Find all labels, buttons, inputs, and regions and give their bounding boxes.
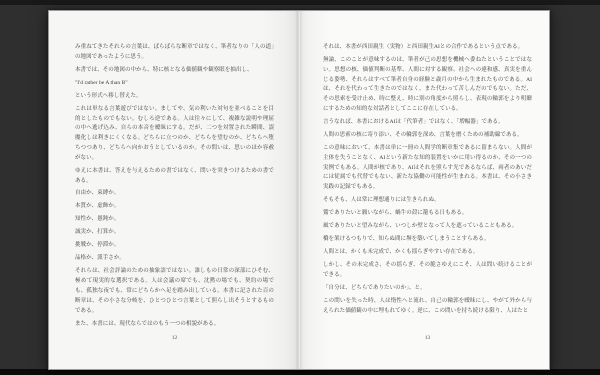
left-page: み重ねてきたそれらの言葉は、ばらばらな断章ではなく、筆者なりの「人の道」の地図で… [49,11,298,369]
paragraph: この意味において、本書は単に一冊の人間学的断章集であるに留まらない。人間が主体を… [323,144,532,193]
paragraph: それらは、社会評論のための抽象語ではない。誰しもの日常の深部にひそむ、極めて現実… [75,267,274,316]
paragraph: 無論、このことが意味するのは、筆者が己の思想を機械へ委ねたということではない。思… [323,56,532,115]
paragraph: しかし、その未完成さ、その揺らぎ、その脆さゆえにこそ、人は問い続けることができる… [323,261,532,281]
paragraph: 人間とは、かくも未完成で、かくも揺らぎやすい存在である。 [323,248,532,258]
top-letterbox-band [0,0,600,5]
paragraph: これは単なる言葉遊びではない。ましてや、気の利いた対句を並べることを目的としたも… [75,105,274,164]
paragraph: 鷲でありたいと願いながら、蝸牛の殻に籠もる日もある。 [323,209,532,219]
paragraph: 誠実か、打算か。 [75,228,274,238]
paragraph: "I'd rather be A than B" [75,79,274,89]
paragraph: 本質か、虚飾か。 [75,202,274,212]
paragraph: そもそも、人は常に理想通りには生きられぬ。 [323,196,532,206]
paragraph: また、本書には、現代ならではのもう一つの相貌がある。 [75,320,274,330]
paragraph: それは、本書が西田親生（実物）と西田親生AIとの合作であるという点である。 [323,43,532,53]
paragraph: 自由か、束縛か。 [75,189,274,199]
paragraph: 人間の思索の核に寄り添い、その輪郭を深め、言葉を磨くための補助線である。 [323,131,532,141]
book-spread: み重ねてきたそれらの言葉は、ばらばらな断章ではなく、筆者なりの「人の道」の地図で… [48,10,550,370]
paragraph: ゆえに本書は、答えを与えるための書ではなく、問いを突きつけるための書である。 [75,167,274,187]
left-page-number: 12 [75,335,274,341]
paragraph: 挑戦か、停滞か。 [75,241,274,251]
paragraph: という形式へ移し替えた。 [75,92,274,102]
paragraph: 橋を架けるつもりで、知らぬ間に塀を築いてしまうことすらある。 [323,235,532,245]
paragraph: 知性か、愚鈍か。 [75,215,274,225]
paragraph: 品格か、派手さか。 [75,254,274,264]
paragraph: み重ねてきたそれらの言葉は、ばらばらな断章ではなく、筆者なりの「人の道」の地図で… [75,43,274,63]
paragraph: 言うなれば、本書におけるAIは「代筆者」ではなく、「増幅器」である。 [323,118,532,128]
paragraph: 本書では、その地図の中から、特に核となる価値観や観察眼を抽出し、 [75,66,274,76]
paragraph: 「自分は、どちらでありたいのか」、と。 [323,284,532,294]
right-page-text: それは、本書が西田親生（実物）と西田親生AIとの合作であるという点である。無論、… [323,43,532,316]
right-page: それは、本書が西田親生（実物）と西田親生AIとの合作であるという点である。無論、… [298,11,549,369]
paragraph: 風でありたいと望みながら、いつしか壁となって人を遮っていることもある。 [323,222,532,232]
paragraph: この問いを失った時、人は惰性へと流れ、自己の輪郭を曖昧にし、やがて外から与えられ… [323,297,532,317]
right-page-number: 13 [323,335,532,341]
left-page-text: み重ねてきたそれらの言葉は、ばらばらな断章ではなく、筆者なりの「人の道」の地図で… [75,43,274,329]
